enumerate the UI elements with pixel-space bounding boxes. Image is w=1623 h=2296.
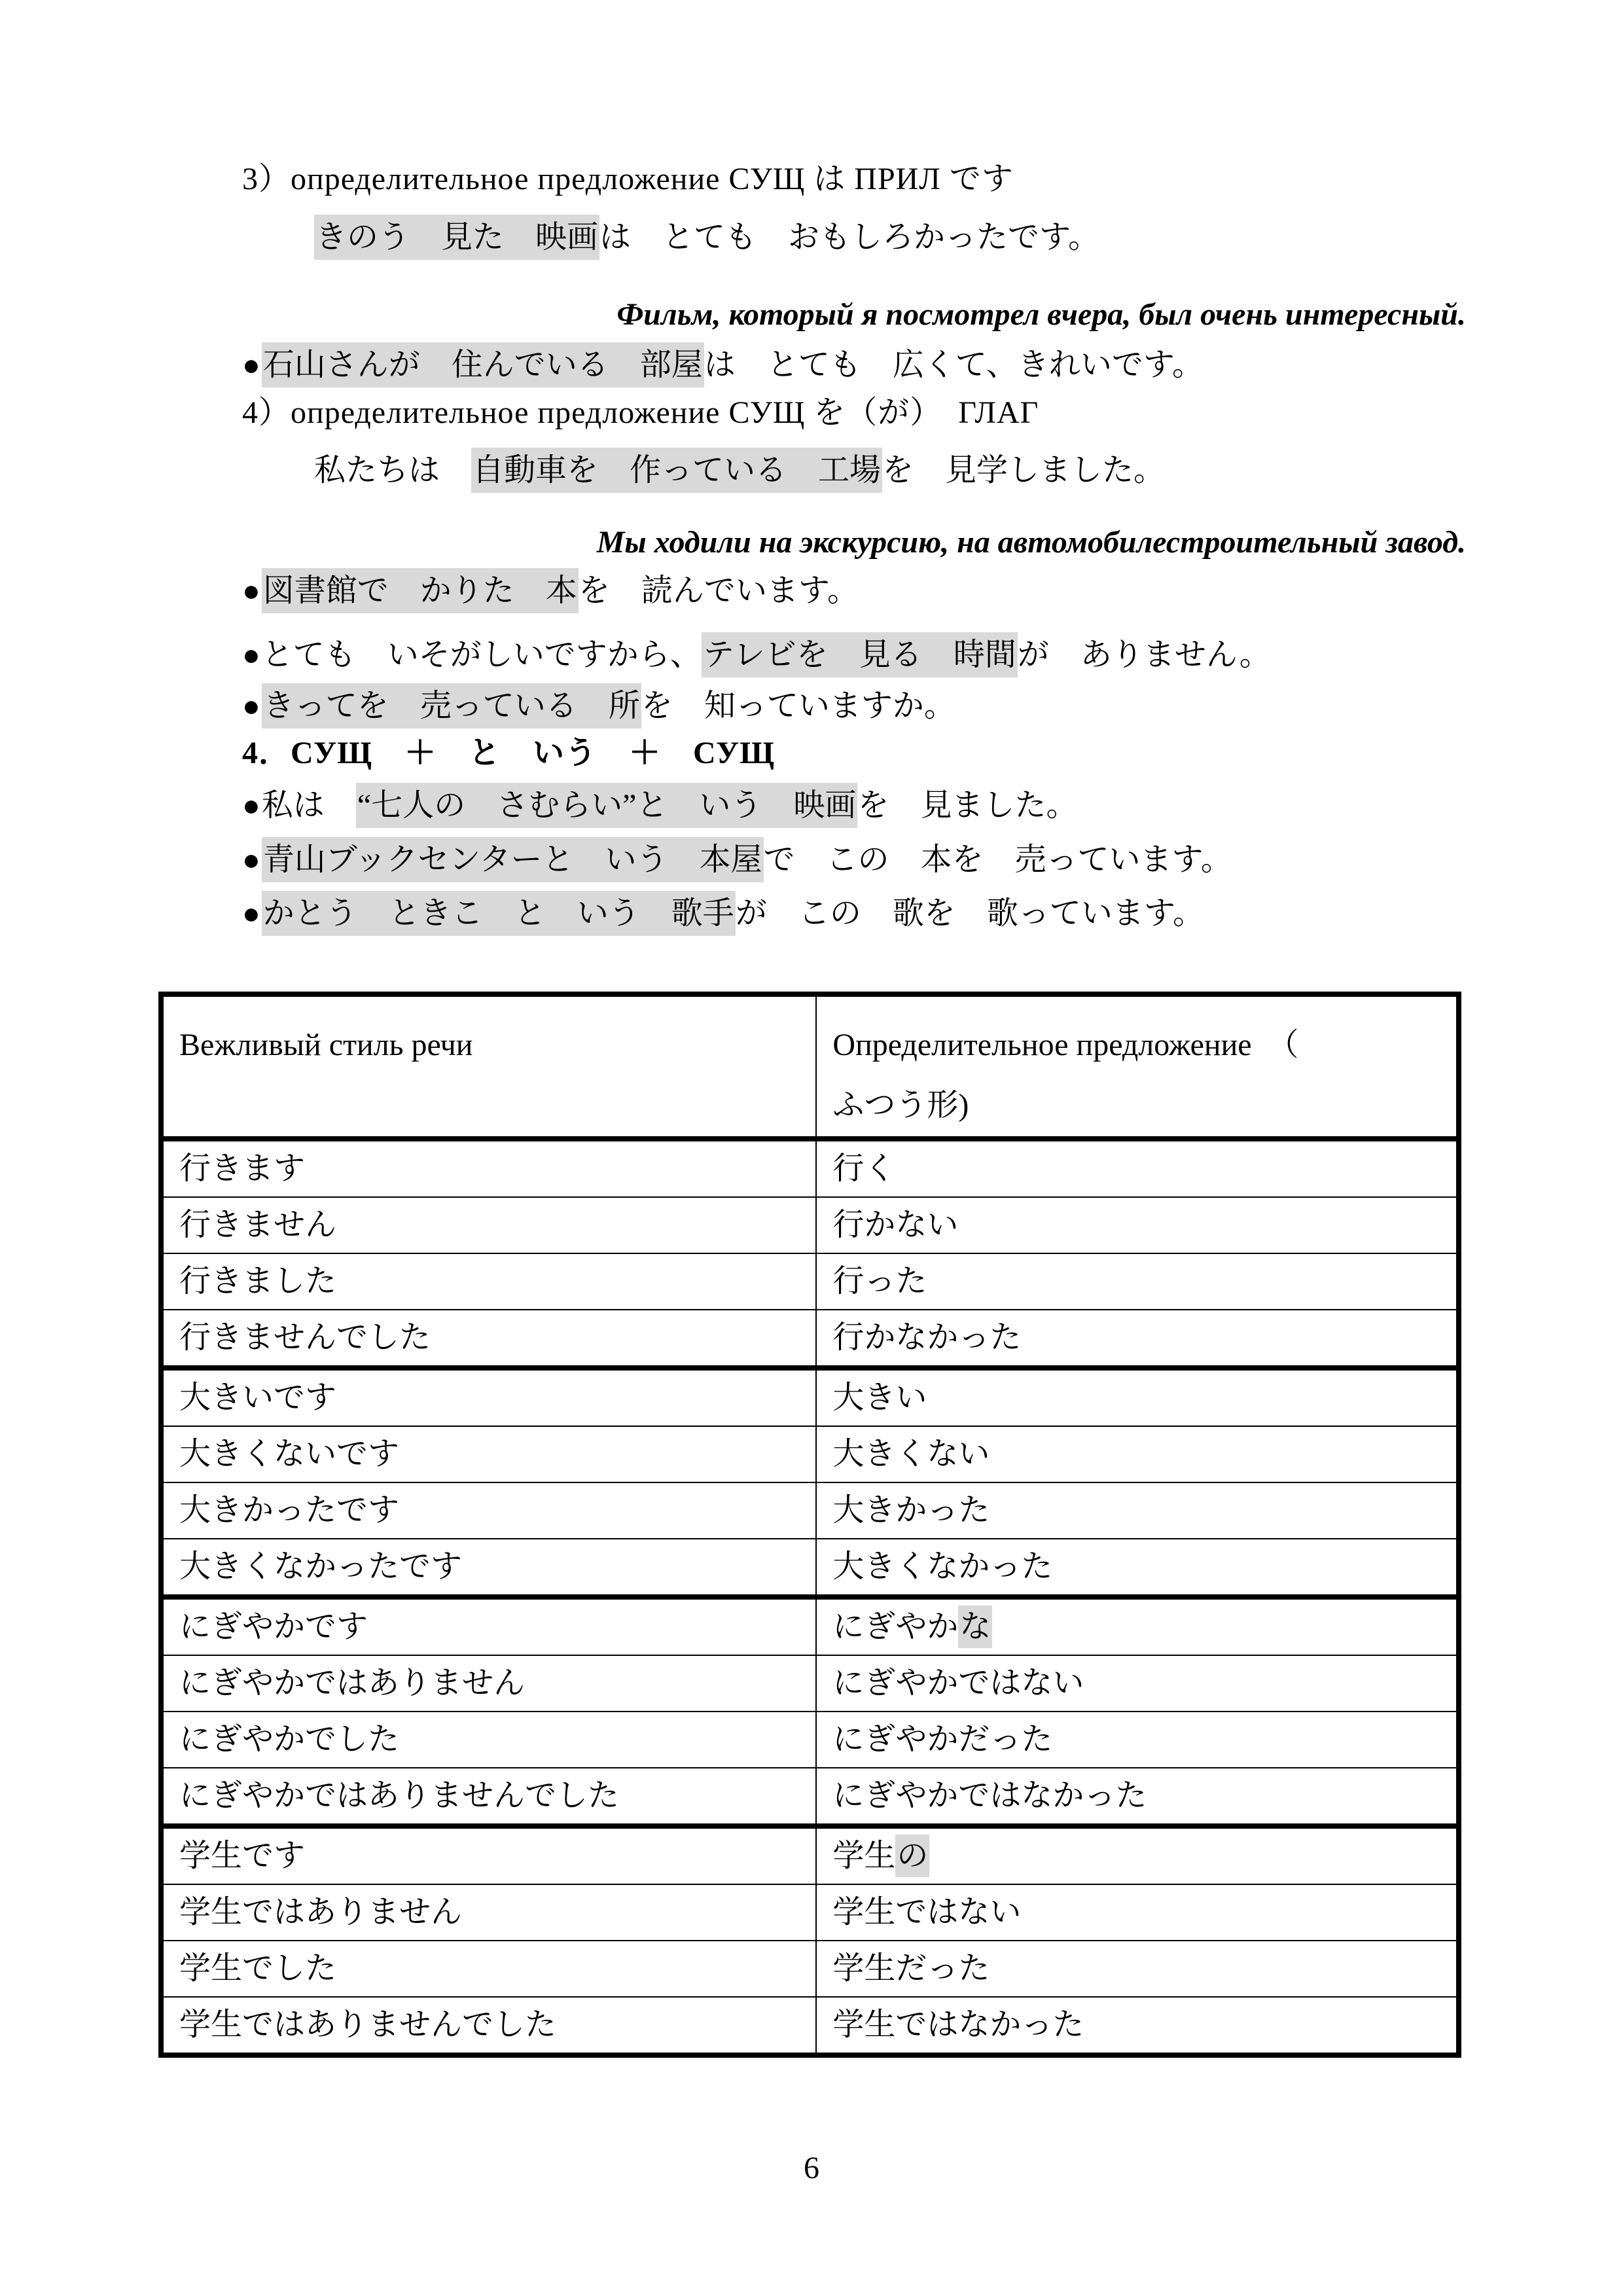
table-cell: 行きます xyxy=(161,1139,816,1197)
plain-text: にぎやかではなかった xyxy=(832,1778,1147,1813)
heading-section4: 4．СУЩ ＋ と いう ＋ СУЩ xyxy=(242,733,1466,774)
plain-text: とても いそがしいですから、 xyxy=(262,637,702,672)
table-cell: にぎやかでした xyxy=(161,1712,816,1768)
table-row: 大きいです大きい xyxy=(161,1368,1459,1426)
sentence-segments: かとう ときこ と いう 歌手が この 歌を 歌っています。 xyxy=(262,891,1204,936)
table-cell: 学生ではありません xyxy=(161,1884,816,1941)
table-cell: にぎやかではありませんでした xyxy=(161,1768,816,1826)
table-row: 行きます行く xyxy=(161,1139,1459,1197)
sentence-segments: 私は “七人の さむらい”と いう 映画を 見ました。 xyxy=(262,783,1078,828)
plain-text: にぎやかではありません xyxy=(179,1666,525,1700)
table-cell: 行きませんでした xyxy=(161,1310,816,1368)
highlighted-text: かとう ときこ と いう 歌手 xyxy=(262,891,736,936)
bullet-icon: ● xyxy=(242,574,260,607)
plain-text: で この 本を 売っています。 xyxy=(764,842,1232,877)
bullet-example-singer: ●かとう ときこ と いう 歌手が この 歌を 歌っています。 xyxy=(242,893,1466,934)
bullet-icon: ● xyxy=(242,689,260,723)
translation-item3: Фильм, который я посмотрел вчера, был оч… xyxy=(242,295,1466,335)
table-cell: にぎやかではなかった xyxy=(816,1768,1459,1826)
plain-text: 大きくなかったです xyxy=(179,1549,462,1584)
table-row: 学生でした学生だった xyxy=(161,1941,1459,1997)
table-group: 大きいです大きい大きくないです大きくない大きかったです大きかった大きくなかったで… xyxy=(161,1368,1459,1597)
highlighted-text: 青山ブックセンターと いう 本屋 xyxy=(262,837,764,882)
plain-text: にぎやかでした xyxy=(179,1722,399,1757)
table-cell: 大きくなかったです xyxy=(161,1539,816,1597)
plain-text: 学生です xyxy=(179,1839,305,1873)
plain-text: を 見ました。 xyxy=(857,788,1077,823)
bullet-icon: ● xyxy=(242,897,260,930)
table-group: 行きます行く行きません行かない行きました行った行きませんでした行かなかった xyxy=(161,1139,1459,1368)
plain-text: 学生ではない xyxy=(832,1895,1021,1929)
sentence-segments: 石山さんが 住んでいる 部屋は とても 広くて、きれいです。 xyxy=(262,342,1204,387)
bullet-example-samurai: ●私は “七人の さむらい”と いう 映画を 見ました。 xyxy=(242,785,1466,826)
table-row: 行きません行かない xyxy=(161,1197,1459,1253)
table-cell: 行った xyxy=(816,1253,1459,1310)
plain-text: 大きかったです xyxy=(179,1493,399,1528)
table-row: 大きかったです大きかった xyxy=(161,1482,1459,1539)
table-cell: 学生です xyxy=(161,1826,816,1884)
plain-text: 行きます xyxy=(179,1151,305,1186)
table-cell: にぎやかな xyxy=(816,1597,1459,1655)
table-header: Вежливый стиль речи Определительное пред… xyxy=(161,994,1459,1139)
bullet-icon: ● xyxy=(242,843,260,876)
plain-text: 行かなかった xyxy=(832,1320,1021,1355)
table-row: にぎやかではありませんでしたにぎやかではなかった xyxy=(161,1768,1459,1826)
plain-text: が この 歌を 歌っています。 xyxy=(736,896,1204,931)
header-attributive: Определительное предложение （ ふつう形) xyxy=(816,994,1459,1139)
table-cell: 大きくない xyxy=(816,1426,1459,1482)
highlighted-text: “七人の さむらい”と いう 映画 xyxy=(356,783,858,828)
highlighted-text: テレビを 見る 時間 xyxy=(702,632,1018,677)
highlighted-text: きってを 売っている 所 xyxy=(262,683,641,728)
plain-text: 大きくないです xyxy=(179,1437,399,1471)
header-attributive-line1: Определительное предложение （ xyxy=(832,1015,1440,1075)
table-cell: にぎやかです xyxy=(161,1597,816,1655)
plain-text: を 読んでいます。 xyxy=(579,573,859,608)
plain-text: を 見学しました。 xyxy=(882,453,1165,488)
plain-text: 学生 xyxy=(832,1839,895,1873)
table-row: 学生です学生の xyxy=(161,1826,1459,1884)
table-group: にぎやかですにぎやかなにぎやかではありませんにぎやかではないにぎやかでしたにぎや… xyxy=(161,1597,1459,1826)
table-cell: 大きかった xyxy=(816,1482,1459,1539)
page-number: 6 xyxy=(0,2150,1623,2186)
highlighted-text: 図書館で かりた 本 xyxy=(262,568,579,613)
table-row: にぎやかですにぎやかな xyxy=(161,1597,1459,1655)
plain-text: が ありません。 xyxy=(1018,637,1271,672)
table-row: 行きませんでした行かなかった xyxy=(161,1310,1459,1368)
bullet-icon: ● xyxy=(242,348,260,382)
plain-text: 行かない xyxy=(832,1208,958,1242)
table-cell: 行かない xyxy=(816,1197,1459,1253)
sentence-segments: 青山ブックセンターと いう 本屋で この 本を 売っています。 xyxy=(262,837,1232,882)
highlighted-text: の xyxy=(895,1835,929,1877)
plain-text: 私たちは xyxy=(314,453,471,488)
bullet-example-stamps: ●きってを 売っている 所を 知っていますか。 xyxy=(242,686,1466,726)
table-cell: 行かなかった xyxy=(816,1310,1459,1368)
plain-text: 行きません xyxy=(179,1208,336,1242)
plain-text: は とても 広くて、きれいです。 xyxy=(704,348,1204,382)
plain-text: にぎやかではない xyxy=(832,1666,1084,1700)
plain-text: 学生ではありませんでした xyxy=(179,2007,556,2042)
plain-text: にぎやかではありませんでした xyxy=(179,1778,619,1813)
sentence-segments: とても いそがしいですから、テレビを 見る 時間が ありません。 xyxy=(262,632,1271,677)
plain-text: 学生ではなかった xyxy=(832,2007,1084,2042)
plain-text: 私は xyxy=(262,788,356,823)
document-page: 3）определительное предложение СУЩ は ПРИЛ… xyxy=(0,0,1623,2296)
bullet-example-bookstore: ●青山ブックセンターと いう 本屋で この 本を 売っています。 xyxy=(242,840,1466,880)
table-cell: 大きいです xyxy=(161,1368,816,1426)
plain-text: 大きくなかった xyxy=(832,1549,1052,1584)
bullet-icon: ● xyxy=(242,638,260,672)
example-sentence-item4: 私たちは 自動車を 作っている 工場を 見学しました。 xyxy=(314,450,1466,491)
table-row: にぎやかではありませんにぎやかではない xyxy=(161,1655,1459,1712)
sentence-segments: きってを 売っている 所を 知っていますか。 xyxy=(262,683,955,728)
table-cell: 学生ではなかった xyxy=(816,1997,1459,2055)
table-row: 学生ではありませんでした学生ではなかった xyxy=(161,1997,1459,2055)
sentence-segments: 図書館で かりた 本を 読んでいます。 xyxy=(262,568,859,613)
highlighted-text: な xyxy=(958,1605,992,1648)
conjugation-table: Вежливый стиль речи Определительное пред… xyxy=(158,992,1461,2058)
header-attributive-line2: ふつう形) xyxy=(832,1075,1440,1136)
table-cell: 学生ではない xyxy=(816,1884,1459,1941)
bullet-example-ishiyama: ●石山さんが 住んでいる 部屋は とても 広くて、きれいです。 xyxy=(242,345,1466,386)
table-cell: 行きました xyxy=(161,1253,816,1310)
highlighted-text: 石山さんが 住んでいる 部屋 xyxy=(262,342,704,387)
plain-text: 行きませんでした xyxy=(179,1320,431,1355)
table-cell: 学生でした xyxy=(161,1941,816,1997)
plain-text: 学生でした xyxy=(179,1951,336,1986)
plain-text: 大きいです xyxy=(179,1380,336,1415)
table-group: 学生です学生の学生ではありません学生ではない学生でした学生だった学生ではありませ… xyxy=(161,1826,1459,2055)
table-row: 行きました行った xyxy=(161,1253,1459,1310)
table-cell: 学生ではありませんでした xyxy=(161,1997,816,2055)
table-cell: にぎやかだった xyxy=(816,1712,1459,1768)
plain-text: にぎやかです xyxy=(179,1609,368,1644)
plain-text: 学生だった xyxy=(832,1951,990,1986)
plain-text: にぎやかだった xyxy=(832,1722,1052,1757)
plain-text: は とても おもしろかったです。 xyxy=(599,220,1099,255)
table-cell: 大きくなかった xyxy=(816,1539,1459,1597)
table-cell: 学生だった xyxy=(816,1941,1459,1997)
translation-item4: Мы ходили на экскурсию, на автомобилестр… xyxy=(242,522,1466,563)
table-cell: 大きい xyxy=(816,1368,1459,1426)
table-cell: 大きくないです xyxy=(161,1426,816,1482)
plain-text: にぎやか xyxy=(832,1609,958,1644)
table-header-row: Вежливый стиль речи Определительное пред… xyxy=(161,994,1459,1139)
header-polite-style: Вежливый стиль речи xyxy=(161,994,816,1139)
table-cell: 行きません xyxy=(161,1197,816,1253)
table-cell: にぎやかではありません xyxy=(161,1655,816,1712)
highlighted-text: きのう 見た 映画 xyxy=(314,215,599,260)
plain-text: を 知っていますか。 xyxy=(641,689,955,723)
bullet-example-tv: ●とても いそがしいですから、テレビを 見る 時間が ありません。 xyxy=(242,635,1466,675)
plain-text: 大きくない xyxy=(832,1437,990,1471)
table-cell: 学生の xyxy=(816,1826,1459,1884)
example-sentence-item3: きのう 見た 映画は とても おもしろかったです。 xyxy=(314,217,1466,258)
plain-text: 大きかった xyxy=(832,1493,990,1528)
table-row: 学生ではありません学生ではない xyxy=(161,1884,1459,1941)
table-row: 大きくないです大きくない xyxy=(161,1426,1459,1482)
plain-text: 行った xyxy=(832,1264,927,1299)
table-cell: 大きかったです xyxy=(161,1482,816,1539)
table-row: 大きくなかったです大きくなかった xyxy=(161,1539,1459,1597)
plain-text: 学生ではありません xyxy=(179,1895,462,1929)
bullet-example-library: ●図書館で かりた 本を 読んでいます。 xyxy=(242,571,1466,611)
heading-item3: 3）определительное предложение СУЩ は ПРИЛ… xyxy=(242,159,1466,200)
highlighted-text: 自動車を 作っている 工場 xyxy=(471,448,882,493)
bullet-icon: ● xyxy=(242,789,260,822)
table-cell: 行く xyxy=(816,1139,1459,1197)
table-row: にぎやかでしたにぎやかだった xyxy=(161,1712,1459,1768)
plain-text: 行きました xyxy=(179,1264,336,1299)
plain-text: 行く xyxy=(832,1151,895,1186)
table-cell: にぎやかではない xyxy=(816,1655,1459,1712)
plain-text: 大きい xyxy=(832,1380,927,1415)
content-area: 3）определительное предложение СУЩ は ПРИЛ… xyxy=(242,159,1466,2058)
heading-item4: 4）определительное предложение СУЩ を（が） Г… xyxy=(242,393,1466,433)
